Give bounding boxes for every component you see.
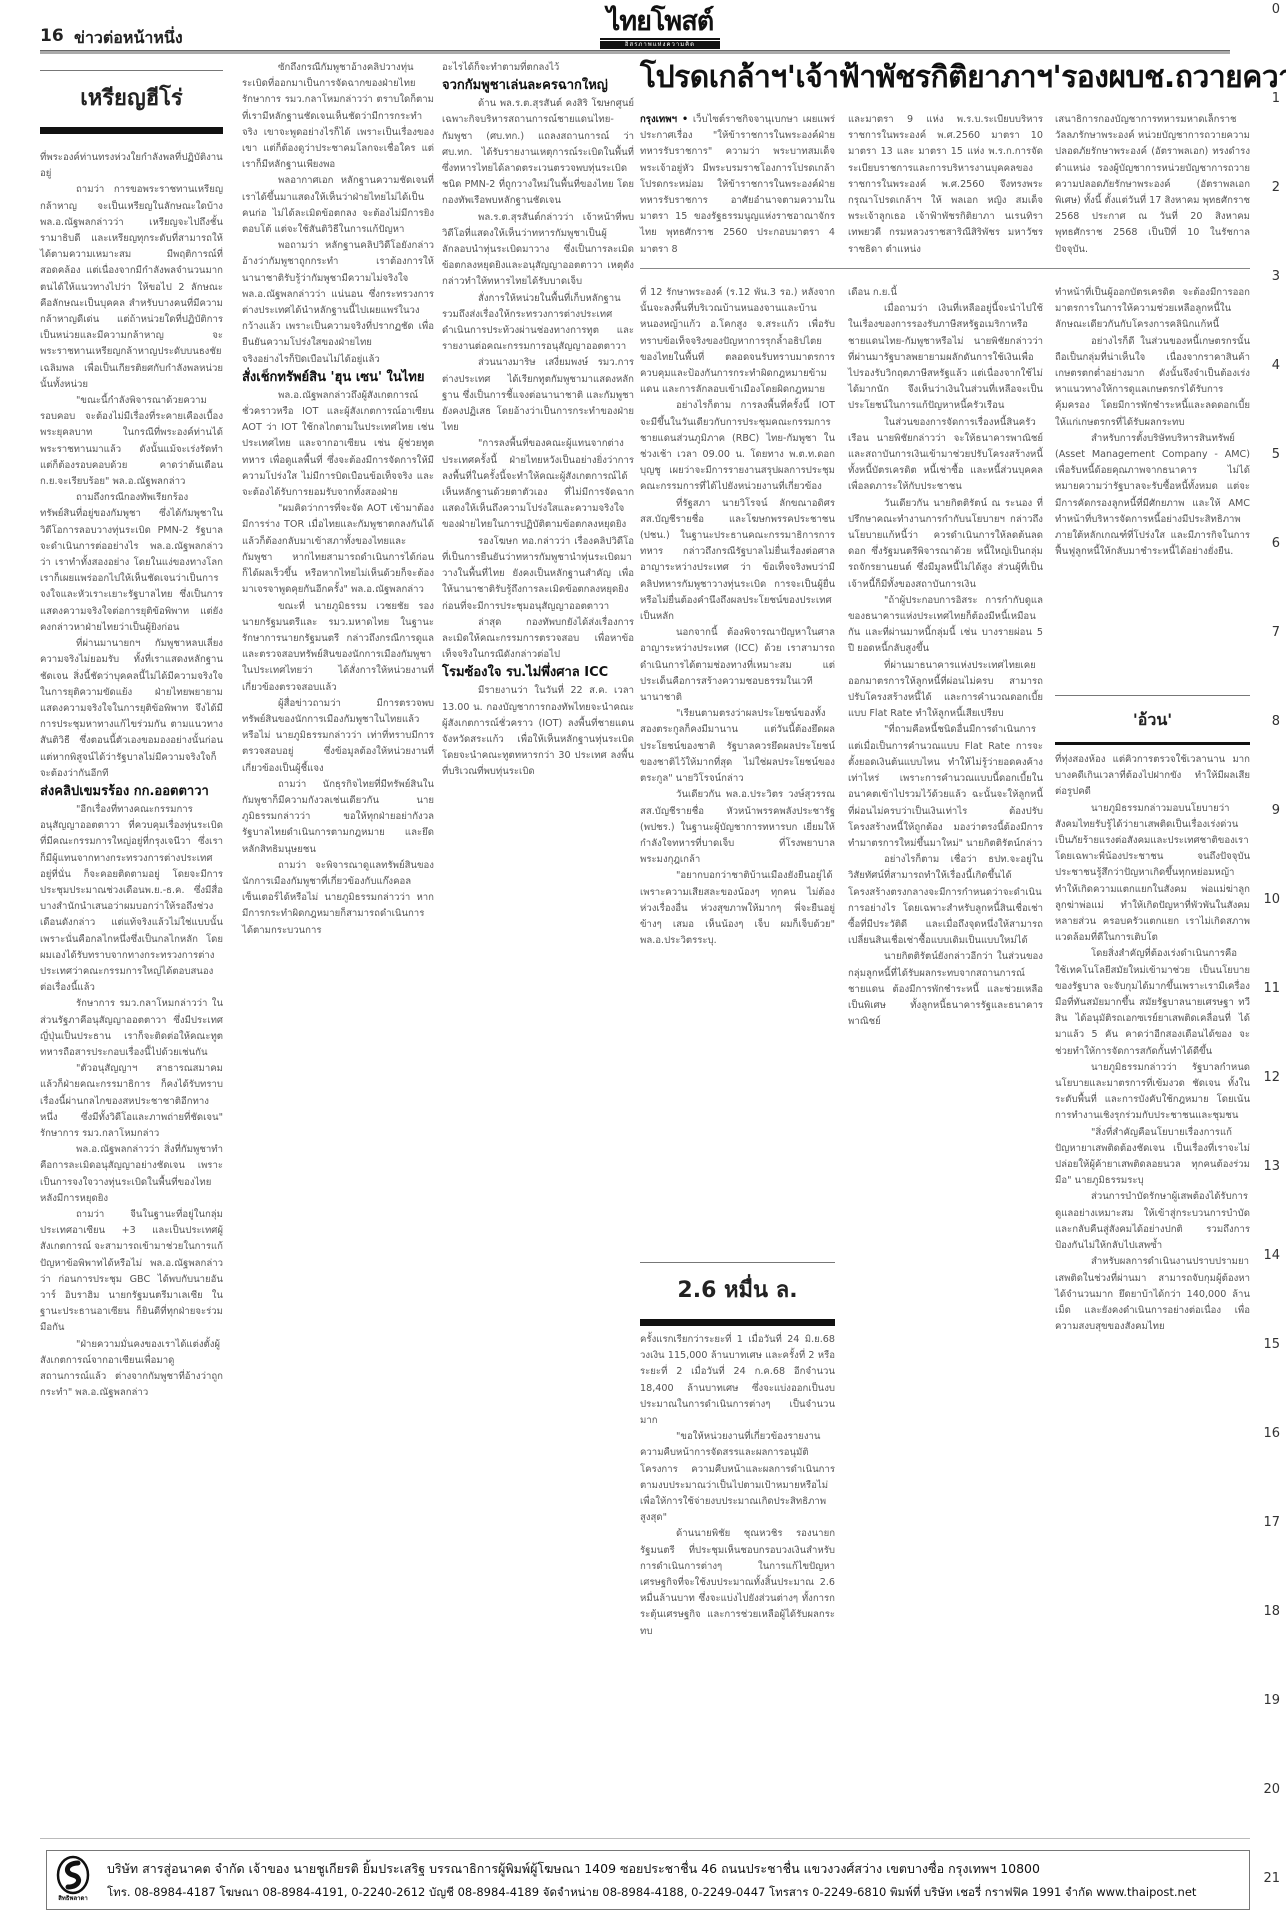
paragraph: พล.อ.ณัฐพลกล่าวถึงผู้สังเกตการณ์ชั่วคราว… [242, 388, 434, 501]
paragraph: พล.ร.ต.สุรสันต์กล่าวว่า เจ้าหน้าที่พบวิด… [442, 210, 634, 291]
publisher-address: บริษัท สารสู่อนาคต จำกัด เจ้าของ นายชูเก… [107, 1859, 1040, 1879]
line-number: 11 [1263, 981, 1280, 996]
divider [1055, 742, 1250, 745]
story-column-6: ทำหน้าที่เป็นผู้ออกบัตรเครดิต จะต้องมีกา… [1055, 285, 1250, 560]
paragraph: ถามถึงกรณีกองทัพเรียกร้องทรัพย์สินที่อยู… [40, 490, 223, 636]
masthead-logo: ไทยโพสต์ อิสรภาพแห่งความคิด [600, 6, 720, 52]
masthead-tagline: อิสรภาพแห่งความคิด [600, 41, 720, 49]
paragraph: "เรียนตามตรงว่าผลประโยชน์ของทั้งสองตระกู… [640, 706, 835, 787]
paragraph: โดยสิ่งสำคัญที่ต้องเร่งดำเนินการคือ ใช้เ… [1055, 946, 1250, 1059]
paragraph: ส่วนนางมาริษ เสงี่ยมพงษ์ รมว.การต่างประเ… [442, 355, 634, 436]
story-uan-column: ที่ทุ่งสองห้อง แต่คิวการตรวจใช้เวลานาน ม… [1055, 752, 1250, 1335]
line-number: 13 [1263, 1159, 1280, 1174]
publisher-logo: สิทธิพลาดา [53, 1855, 93, 1907]
paragraph: นอกจากนี้ ต้องพิจารณาปัญหาในศาลอาญาระหว่… [640, 625, 835, 706]
paragraph: ที่พระองค์ท่านทรงห่วงใยกำลังพลที่ปฏิบัติ… [40, 150, 223, 182]
story-hero-column-2: ซักถึงกรณีกัมพูชาอ้างคลิปวางทุ่นระเบิดที… [242, 60, 434, 939]
subhead: สั่งเช็กทรัพย์สิน 'ฮุน เซน' ในไทย [242, 369, 434, 387]
paragraph: สั่งการให้หน่วยในพื้นที่เก็บหลักฐาน รวมถ… [442, 291, 634, 356]
paragraph: รักษาการ รมว.กลาโหมกล่าวว่า ในส่วนรัฐภาค… [40, 996, 223, 1061]
line-number: 6 [1272, 536, 1280, 551]
line-number: 17 [1263, 1515, 1280, 1530]
paragraph: ผู้สื่อข่าวถามว่า มีการตรวจพบทรัพย์สินขอ… [242, 696, 434, 777]
paragraph: ซักถึงกรณีกัมพูชาอ้างคลิปวางทุ่นระเบิดที… [242, 60, 434, 173]
line-number: 9 [1272, 803, 1280, 818]
paragraph: วันเดียวกัน พล.อ.ประวิตร วงษ์สุวรรณ สส.บ… [640, 787, 835, 868]
paragraph: เดือน ก.ย.นี้ [848, 285, 1043, 301]
paragraph: "อีกเรื่องที่ทางคณะกรรมการอนุสัญญาออตตาว… [40, 802, 223, 996]
line-number: 7 [1272, 625, 1280, 640]
paragraph: "การลงพื้นที่ของคณะผู้แทนจากต่างประเทศคร… [442, 436, 634, 533]
line-number: 2 [1272, 180, 1280, 195]
masthead-name: ไทยโพสต์ [600, 6, 720, 40]
paragraph: เว็บไซต์ราชกิจจานุเบกษา เผยแพร่ประกาศเรื… [640, 114, 835, 255]
story-title: เหรียญฮีโร่ [40, 85, 223, 113]
story-title: 2.6 หมื่น ล. [640, 1277, 835, 1305]
paragraph: อย่างไรก็ตาม การลงพื้นที่ครั้งนี้ IOT จะ… [640, 398, 835, 495]
paragraph: ส่วนการบำบัดรักษาผู้เสพต้องได้รับการดูแล… [1055, 1189, 1250, 1254]
line-number: 3 [1272, 269, 1280, 284]
story-26-title-box: 2.6 หมื่น ล. [640, 1262, 835, 1326]
paragraph: อะไรได้ก็จะทำตามที่ตกลงไว้ [442, 60, 634, 76]
paragraph: ที่ 12 รักษาพระองค์ (ร.12 พัน.3 รอ.) หลั… [640, 285, 835, 398]
paragraph: สำหรับการตั้งบริษัทบริหารสินทรัพย์ (Asse… [1055, 431, 1250, 561]
divider [640, 1319, 835, 1326]
paragraph: ล่าสุด กองทัพบกยังได้ส่งเรื่องการละเมิดใ… [442, 615, 634, 664]
publisher-footer: สิทธิพลาดา บริษัท สารสู่อนาคต จำกัด เจ้า… [46, 1850, 1250, 1910]
line-number: 15 [1263, 1337, 1280, 1352]
story-title: 'อ้วน' [1055, 706, 1250, 734]
line-number: 0 [1272, 2, 1280, 17]
line-number: 16 [1263, 1426, 1280, 1441]
paragraph: "อยากบอกว่าชาติบ้านเมืองยังยืนอยู่ได้เพร… [640, 868, 835, 949]
paragraph: "ฝ่ายความมั่นคงของเราได้แต่งตั้งผู้สังเก… [40, 1337, 223, 1402]
publisher-contacts: โทร. 08-8984-4187 โฆษณา 08-8984-4191, 0-… [107, 1884, 1196, 1902]
paragraph: ถามว่า จีนในฐานะที่อยู่ในกลุ่มประเทศอาเซ… [40, 1207, 223, 1337]
story-column-5: เดือน ก.ย.นี้ เมื่อถามว่า เงินที่เหลืออย… [848, 285, 1043, 1030]
paragraph: วันเดียวกัน นายกิตติรัตน์ ณ ระนอง ที่ปรึ… [848, 496, 1043, 593]
story-column-4: ที่ 12 รักษาพระองค์ (ร.12 พัน.3 รอ.) หลั… [640, 285, 835, 949]
divider [1055, 695, 1250, 696]
paragraph: อย่างไรก็ตาม เชื่อว่า ธปท.จะอยู่ในวิสัยท… [848, 852, 1043, 949]
paragraph: "สิ่งที่สำคัญคือนโยบายเรื่องการแก้ปัญหาย… [1055, 1125, 1250, 1190]
paragraph: พล.อ.ณัฐพลกล่าวว่า สิ่งที่กัมพูชาทำคือกา… [40, 1142, 223, 1207]
subhead: จวกกัมพูชาเล่นละครฉากใหญ่ [442, 77, 634, 95]
lead-story-column-a: กรุงเทพฯ • เว็บไซต์ราชกิจจานุเบกษา เผยแพ… [640, 112, 835, 258]
line-number: 4 [1272, 358, 1280, 373]
paragraph: ด้านนายพิชัย ชุณหวชิร รองนายกรัฐมนตรี ที… [640, 1526, 835, 1639]
divider [640, 268, 1250, 269]
story-hero-title-box: เหรียญฮีโร่ [40, 70, 223, 134]
paragraph: นายภูมิธรรมกล่าวมอบนโยบายว่า สังคมไทยรับ… [1055, 801, 1250, 947]
page-number: 16 [40, 26, 64, 46]
page-header: 16 ข่าวต่อหน้าหนึ่ง ไทยโพสต์ อิสรภาพแห่ง… [40, 26, 1230, 56]
line-number: 5 [1272, 447, 1280, 462]
divider [40, 1838, 1250, 1839]
paragraph: "ที่ถามคือหนี้ชนิดอื่นมีการดำเนินการ แต่… [848, 722, 1043, 852]
paragraph: รองโฆษก ทอ.กล่าวว่า เรื่องคลิปวิดีโอที่เ… [442, 534, 634, 615]
paragraph: นายกิตติรัตน์ยังกล่าวอีกว่า ในส่วนของกลุ… [848, 949, 1043, 1030]
divider [640, 1262, 835, 1263]
story-hero-column-1: ที่พระองค์ท่านทรงห่วงใยกำลังพลที่ปฏิบัติ… [40, 150, 223, 1401]
story-uan-title-box: 'อ้วน' [1055, 695, 1250, 745]
lead-headline: โปรดเกล้าฯ'เจ้าฟ้าพัชรกิติยาภาฯ'รองผบช.ถ… [640, 58, 1250, 98]
paragraph: ถามว่า นักธุรกิจไทยที่มีทรัพย์สินในกัมพู… [242, 777, 434, 858]
paragraph: ทำหน้าที่เป็นผู้ออกบัตรเครดิต จะต้องมีกา… [1055, 285, 1250, 334]
divider [40, 127, 223, 134]
paragraph: ถามว่า การขอพระราชทานเหรียญกล้าหาญ จะเป็… [40, 182, 223, 393]
paragraph: "ผมคิดว่าการที่จะจัด AOT เข้ามาต้องมีการ… [242, 501, 434, 598]
dateline: กรุงเทพฯ • [640, 114, 688, 125]
subhead: โรมซ้องใจ รบ.ไม่พึ่งศาล ICC [442, 664, 634, 682]
paragraph: ที่ผ่านมาธนาคารแห่งประเทศไทยเคยออกมาตรกา… [848, 658, 1043, 723]
line-number: 10 [1263, 892, 1280, 907]
line-number: 18 [1263, 1604, 1280, 1619]
publisher-emblem-icon [56, 1855, 90, 1895]
story-hero-column-3: อะไรได้ก็จะทำตามที่ตกลงไว้ จวกกัมพูชาเล่… [442, 60, 634, 781]
paragraph: ที่ทุ่งสองห้อง แต่คิวการตรวจใช้เวลานาน ม… [1055, 752, 1250, 801]
paragraph: ในส่วนของการจัดการเรื่องหนี้สินครัวเรือน… [848, 415, 1043, 496]
divider [40, 70, 223, 71]
subhead: ส่งคลิปเขมรร้อง กก.ออตตาวา [40, 783, 223, 801]
lead-story-column-b: และมาตรา 9 แห่ง พ.ร.บ.ระเบียบบริหารราชกา… [848, 112, 1043, 258]
paragraph: มีรายงานว่า ในวันที่ 22 ส.ค. เวลา 13.00 … [442, 683, 634, 780]
line-number: 19 [1263, 1693, 1280, 1708]
paragraph: ด้าน พล.ร.ต.สุรสันต์ คงสิริ โฆษกศูนย์เฉพ… [442, 96, 634, 209]
lead-story-column-c: เสนาธิการกองบัญชาการทหารมหาดเล็กราชวัลลภ… [1055, 112, 1250, 258]
paragraph: ที่รัฐสภา นายวิโรจน์ ลักขณาอดิศร สส.บัญช… [640, 496, 835, 626]
logo-caption: สิทธิพลาดา [53, 1895, 93, 1903]
story-26-column: ครั้งแรกเรียกว่าระยะที่ 1 เมื่อวันที่ 24… [640, 1332, 835, 1640]
line-number: 14 [1263, 1248, 1280, 1263]
paragraph: ขณะที่ นายภูมิธรรม เวชยชัย รองนายกรัฐมนต… [242, 599, 434, 696]
line-number: 21 [1263, 1871, 1280, 1886]
paragraph: "ตัวอนุสัญญาฯ สาธารณสมาคม แล้วก็ฝ่ายคณะก… [40, 1061, 223, 1142]
paragraph: "ขอให้หน่วยงานที่เกี่ยวข้องรายงานความคืบ… [640, 1429, 835, 1526]
paragraph: เมื่อถามว่า เงินที่เหลืออยู่นี้จะนำไปใช้… [848, 301, 1043, 414]
paragraph: นายภูมิธรรมกล่าวว่า รัฐบาลกำหนดนโยบายและ… [1055, 1060, 1250, 1125]
line-number: 20 [1263, 1782, 1280, 1797]
paragraph: อย่างไรก็ดี ในส่วนของหนี้เกษตรกรนั้นถือเ… [1055, 334, 1250, 431]
paragraph: พอถามว่า หลักฐานคลิปวิดีโอยังกล่าวอ้างว่… [242, 238, 434, 351]
paragraph: พลอากาศเอก หลักฐานความชัดเจนที่เราได้ขึ้… [242, 173, 434, 238]
paragraph: สำหรับผลการดำเนินงานปราบปรามยาเสพติดในช่… [1055, 1254, 1250, 1335]
paragraph: "ถ้าผู้ประกอบการอิสระ การกำกับดูแลของธนา… [848, 593, 1043, 658]
paragraph: ถามว่า จะพิจารณาดูแลทรัพย์สินของนักการเม… [242, 858, 434, 939]
paragraph: ที่ผ่านมานายกฯ กัมพูชาหลบเลี่ยงความจริงไ… [40, 636, 223, 782]
line-number: 8 [1272, 714, 1280, 729]
line-number: 12 [1263, 1070, 1280, 1085]
paragraph: ครั้งแรกเรียกว่าระยะที่ 1 เมื่อวันที่ 24… [640, 1332, 835, 1429]
line-number-gutter: 0 1 2 3 4 5 6 7 8 9 10 11 12 13 14 15 16… [1266, 0, 1280, 1920]
paragraph: จริงอย่างไรก็ปิดเบือนไม่ได้อยู่แล้ว [242, 352, 434, 368]
section-name: ข่าวต่อหน้าหนึ่ง [74, 26, 183, 51]
paragraph: "ขณะนี้กำลังพิจารณาด้วยความรอบคอบ จะต้อง… [40, 393, 223, 490]
